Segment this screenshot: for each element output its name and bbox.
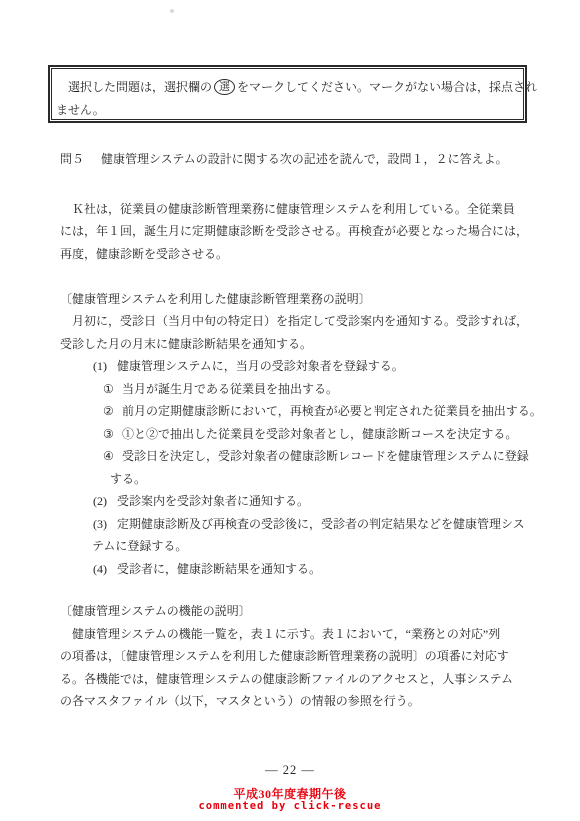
notice-box-inner: 選択した問題は，選択欄の選をマークしてください。マークがない場合は，採点され ま…	[51, 68, 524, 120]
item-marker: (3)	[93, 513, 117, 536]
stamp-credit: commented by click-rescue	[0, 800, 580, 812]
item-text: 受診者に，健康診断結果を通知する。	[117, 558, 321, 581]
item-marker: (1)	[93, 355, 117, 378]
item-text: 健康管理システムに，当月の受診対象者を登録する。	[117, 355, 404, 378]
notice-text-before: 選択した問題は，選択欄の	[68, 80, 212, 94]
ops-item-4: (4) 受診者に，健康診断結果を通知する。	[60, 558, 530, 581]
intro-line: には，年１回，誕生月に定期健康診断を受診させる。再検査が必要となった場合には，	[60, 220, 530, 243]
item-text: 当月が誕生月である従業員を抽出する。	[122, 378, 338, 401]
circled-number-icon: ②	[103, 400, 122, 423]
intro-line: 再度，健康診断を受診させる。	[60, 243, 530, 266]
item-text: 受診日を決定し，受診対象者の健康診断レコードを健康管理システムに登録	[122, 445, 529, 468]
intro-paragraph: Ｋ社は，従業員の健康診断管理業務に健康管理システムを利用している。全従業員 には…	[60, 198, 530, 266]
ops-item-3: (3) 定期健康診断及び再検査の受診後に，受診者の判定結果などを健康管理シス	[60, 513, 530, 536]
scan-artifact-dot	[170, 9, 174, 13]
circled-number-icon: ④	[103, 445, 122, 468]
ops-subitem-1: ① 当月が誕生月である従業員を抽出する。	[60, 378, 530, 401]
ops-subitem-2: ② 前月の定期健康診断において，再検査が必要と判定された従業員を抽出する。	[60, 400, 530, 423]
ops-item-1: (1) 健康管理システムに，当月の受診対象者を登録する。	[60, 355, 530, 378]
item-marker: (2)	[93, 490, 117, 513]
question-title-line: 問５ 健康管理システムの設計に関する次の記述を読んで，設問１，２に答えよ。	[60, 148, 530, 171]
intro-line: Ｋ社は，従業員の健康診断管理業務に健康管理システムを利用している。全従業員	[60, 198, 530, 221]
item-marker: (4)	[93, 558, 117, 581]
section-heading-functions: 〔健康管理システムの機能の説明〕	[60, 600, 530, 623]
functions-paragraph-line: 健康管理システムの機能一覧を，表１に示す。表１において，“業務との対応”列	[60, 623, 530, 646]
question-title: 健康管理システムの設計に関する次の記述を読んで，設問１，２に答えよ。	[101, 148, 508, 171]
circled-number-icon: ③	[103, 423, 122, 446]
page-number: — 22 —	[0, 763, 580, 778]
question-number: 問５	[60, 148, 101, 171]
item-text: ①と②で抽出した従業員を受診対象者とし，健康診断コースを決定する。	[122, 423, 517, 446]
ops-paragraph-line: 月初に，受診日（当月中旬の特定日）を指定して受診案内を通知する。受診すれば，	[60, 310, 530, 333]
circled-sel-mark: 選	[214, 79, 235, 95]
notice-line-1: 選択した問題は，選択欄の選をマークしてください。マークがない場合は，採点され	[56, 76, 517, 99]
notice-line-2: ません。	[56, 99, 517, 122]
notice-text-after: をマークしてください。マークがない場合は，採点され	[237, 80, 537, 94]
ops-item-3-wrap: テムに登録する。	[60, 535, 530, 558]
ops-item-2: (2) 受診案内を受診対象者に通知する。	[60, 490, 530, 513]
functions-paragraph-line: る。各機能では，健康管理システムの健康診断ファイルのアクセスと，人事システム	[60, 668, 530, 691]
ops-subitem-4-wrap: する。	[60, 468, 530, 491]
functions-paragraph-line: の項番は，〔健康管理システムを利用した健康診断管理業務の説明〕の項番に対応す	[60, 645, 530, 668]
exam-page: 選択した問題は，選択欄の選をマークしてください。マークがない場合は，採点され ま…	[0, 0, 580, 821]
ops-paragraph-line: 受診した月の月末に健康診断結果を通知する。	[60, 333, 530, 356]
functions-paragraph-line: の各マスタファイル（以下，マスタという）の情報の参照を行う。	[60, 690, 530, 713]
notice-box: 選択した問題は，選択欄の選をマークしてください。マークがない場合は，採点され ま…	[48, 65, 527, 123]
item-text: 前月の定期健康診断において，再検査が必要と判定された従業員を抽出する。	[122, 400, 542, 423]
ops-subitem-3: ③ ①と②で抽出した従業員を受診対象者とし，健康診断コースを決定する。	[60, 423, 530, 446]
circled-number-icon: ①	[103, 378, 122, 401]
question-body: 問５ 健康管理システムの設計に関する次の記述を読んで，設問１，２に答えよ。 Ｋ社…	[60, 148, 530, 713]
item-text: 受診案内を受診対象者に通知する。	[117, 490, 309, 513]
ops-subitem-4: ④ 受診日を決定し，受診対象者の健康診断レコードを健康管理システムに登録	[60, 445, 530, 468]
section-heading-operations: 〔健康管理システムを利用した健康診断管理業務の説明〕	[60, 288, 530, 311]
item-text: 定期健康診断及び再検査の受診後に，受診者の判定結果などを健康管理シス	[117, 513, 525, 536]
